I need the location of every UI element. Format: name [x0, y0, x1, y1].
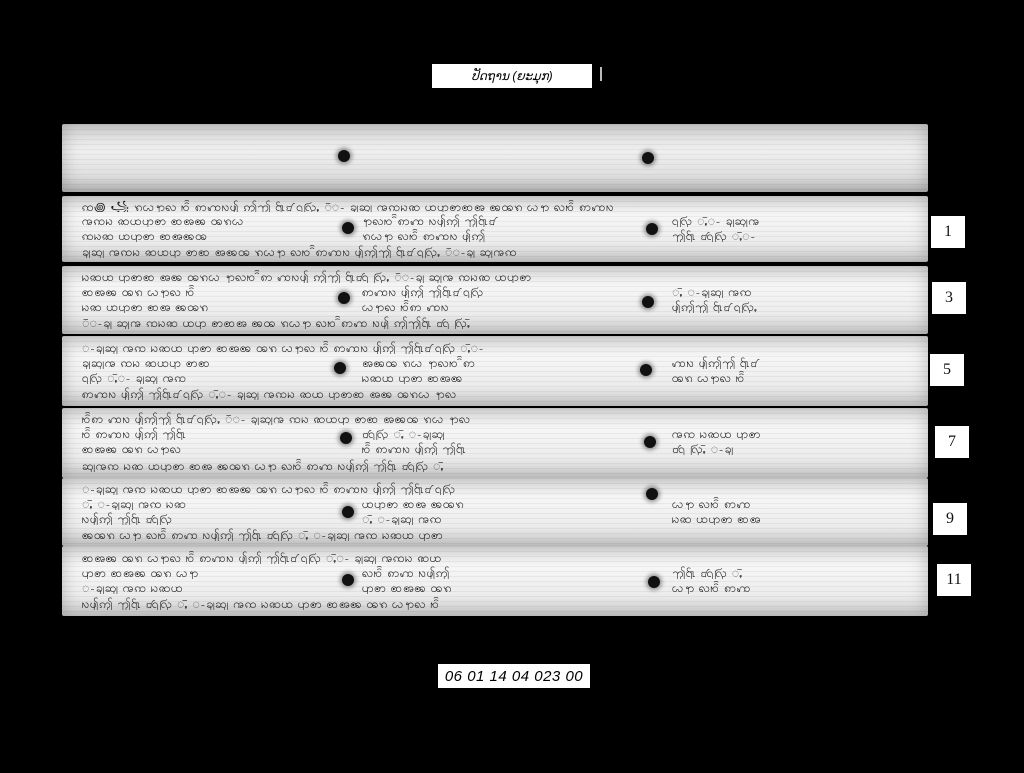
binding-hole: [646, 488, 658, 500]
binding-hole: [642, 296, 654, 308]
script-line: ꩪꩫ ꩬꩭꩮ ꩯꩰ: [672, 370, 914, 384]
binding-hole: [642, 152, 654, 164]
script-line: ꩸꩹ꩺ ꩻꩼ ꩽꩾꩿ: [362, 426, 622, 440]
script-line: ꩯꩰꩱ ꩲꩳ ꩴꩵꩶ ꩷꩸ ꩹ꩺꩻ ꩼꩽ ꩾꩿꩠ ꩡꩢ ꩣꩤꩥ ꩦꩧ ꩨꩩꩪ ꩫ…: [82, 411, 914, 425]
script-line: ꩸꩹ ꩺꩻꩼ ꩽꩾ: [672, 441, 914, 455]
script-line: ꩽꩾꩿ ꩠꩡ ꩢꩣꩤ ꩥꩦ ꩧꩨꩩ ꩪꩫ ꩬꩭꩮ ꩯꩰ ꩱꩲꩳ ꩴꩵ ꩶ꩷꩸ ꩹…: [82, 481, 914, 495]
script-line: ꩨꩩꩪ ꩫꩬ ꩭꩮꩯ ꩰꩱ: [362, 355, 622, 369]
script-line: ꩭꩮꩯ ꩰꩱꩲ ꩳꩴꩵ ꩶ꩷꩸: [362, 213, 622, 227]
script-line: ꩿꩠꩡ ꩢꩣ ꩤꩥꩦ ꩧꩨ ꩩꩪꩫ ꩬꩭ ꩮꩯꩰ ꩱꩲ ꩳꩴꩵ ꩶ꩷ ꩸꩹ꩺ ꩻ…: [82, 458, 914, 472]
palm-leaf-page-7: ꩯꩰꩱ ꩲꩳ ꩴꩵꩶ ꩷꩸ ꩹ꩺꩻ ꩼꩽ ꩾꩿꩠ ꩡꩢ ꩣꩤꩥ ꩦꩧ ꩨꩩꩪ ꩫ…: [62, 408, 928, 478]
script-line: ꩱꩲꩳ ꩴꩵ ꩶ꩷꩸ ꩹ꩺ: [362, 284, 622, 298]
page-number-tag: 5: [930, 354, 964, 386]
script-line: ꩢꩣꩤ ꩥꩦ ꩧꩨꩩ: [362, 370, 622, 384]
script-line: ꩲꩳ ꩴꩵꩶ ꩷꩸: [672, 355, 914, 369]
script-line: ꩧꩨꩩ ꩪꩫ ꩬꩭꩮ ꩯꩰ ꩱꩲꩳ ꩴꩵ ꩶ꩷꩸ ꩹ꩺ ꩻꩼꩽ ꩾꩿ ꩠꩡꩢ ꩣ…: [82, 550, 914, 564]
script-line: ꩢꩣꩤ ꩥꩦꩧ ꩨꩩ ꩪꩫꩬ ꩭꩮꩯ ꩰꩱ ꩲꩳꩴ ꩵꩶ ꩷꩸꩹ ꩺꩻ ꩼꩽꩾ …: [82, 269, 914, 283]
page-number-tag: 7: [935, 426, 969, 458]
script-line: ꩯꩰ ꩱꩲꩳ ꩴꩵ ꩶ꩷: [362, 441, 622, 455]
page-number-tag: 3: [932, 282, 966, 314]
binding-hole: [640, 364, 652, 376]
script-line: ꩤꩥꩦ ꩧꩨ ꩩꩪꩫ: [362, 496, 622, 510]
script-line: ꩯꩰ ꩱꩲꩳ ꩴꩵ ꩶ꩷: [82, 426, 337, 440]
script-line: ꩻꩼ ꩽꩾꩿ ꩠꩡ: [362, 511, 622, 525]
binding-hole: [340, 432, 352, 444]
binding-hole: [338, 150, 350, 162]
palm-leaf-page-9: ꩽꩾꩿ ꩠꩡ ꩢꩣꩤ ꩥꩦ ꩧꩨꩩ ꩪꩫ ꩬꩭꩮ ꩯꩰ ꩱꩲꩳ ꩴꩵ ꩶ꩷꩸ ꩹…: [62, 478, 928, 546]
script-line: ꩢꩣ ꩤꩥꩦ ꩧꩨ ꩩꩪꩫ: [82, 299, 337, 313]
document-code-label: 06 01 14 04 023 00: [438, 664, 590, 688]
binding-hole: [644, 436, 656, 448]
palm-leaf-page-3: ꩢꩣꩤ ꩥꩦꩧ ꩨꩩ ꩪꩫꩬ ꩭꩮꩯ ꩰꩱ ꩲꩳꩴ ꩵꩶ ꩷꩸꩹ ꩺꩻ ꩼꩽꩾ …: [62, 266, 928, 334]
binding-hole: [342, 506, 354, 518]
binding-hole: [342, 574, 354, 586]
script-line: ꩡꩢꩣ ꩤꩥꩦ ꩧꩨꩩꩪ: [82, 228, 337, 242]
script-line: ꩬꩭꩮ ꩯꩰꩱ ꩲꩳ: [362, 299, 622, 313]
script-line: ꩠꩡꩢ ꩣꩤꩥꩦ ꩧꩨꩩ ꩪꩫꩬ: [82, 213, 337, 227]
script-line: ꩾꩿꩠ ꩡꩢ ꩣꩤꩥ ꩦꩧ: [82, 355, 337, 369]
palm-leaf-page-11: ꩧꩨꩩ ꩪꩫ ꩬꩭꩮ ꩯꩰ ꩱꩲꩳ ꩴꩵ ꩶ꩷꩸ ꩹ꩺ ꩻꩼꩽ ꩾꩿ ꩠꩡꩢ ꩣ…: [62, 546, 928, 616]
divider-tick: [600, 67, 602, 81]
binding-hole: [648, 576, 660, 588]
script-line: ꩧꩨꩩ ꩪꩫ ꩬꩭꩮ ꩯꩰ: [82, 284, 337, 298]
script-line: ꩱꩲꩳ ꩴꩵ ꩶ꩷꩸ ꩹ꩺ ꩻꩼꩽ ꩾꩿ ꩠꩡꩢ ꩣꩤ ꩥꩦꩧ ꩨꩩ ꩪꩫꩬ ꩭ…: [82, 386, 914, 400]
script-line: ꩹ꩺ ꩻꩼꩽ ꩾꩿꩠ: [672, 213, 914, 227]
script-line: ꩮꩯꩰ ꩱꩲ ꩳꩴꩵ: [362, 565, 622, 579]
script-line: ꩶ꩷ ꩸꩹ꩺ ꩻꩼ: [672, 565, 914, 579]
binding-hole: [646, 223, 658, 235]
palm-leaf-page-5: ꩽꩾꩿ ꩠꩡ ꩢꩣꩤ ꩥꩦ ꩧꩨꩩ ꩪꩫ ꩬꩭꩮ ꩯꩰ ꩱꩲꩳ ꩴꩵ ꩶ꩷꩸ ꩹…: [62, 336, 928, 406]
script-line: ꩳꩴꩵ ꩶ꩷ ꩸꩹ꩺ: [82, 511, 337, 525]
script-line: ꩬꩭ ꩮꩯꩰ ꩱꩲ: [672, 496, 914, 510]
script-line: ꩧꩨꩩ ꩪꩫ ꩬꩭꩮ: [82, 441, 337, 455]
binding-hole: [338, 292, 350, 304]
script-line: ꩼꩽꩾ ꩿꩠ ꩡꩢꩣ ꩤꩥ ꩦꩧꩨ ꩩꩪ ꩫꩬꩭ ꩮꩯ ꩰꩱꩲ ꩳꩴ ꩵꩶ꩷ ꩸…: [82, 315, 914, 329]
page-number-tag: 9: [933, 503, 967, 535]
binding-hole: [342, 222, 354, 234]
palm-leaf-page-1: ꩡ꩜ ꧁ ꩫꩬꩭꩮ ꩯꩰ ꩱꩲꩳꩴ ꩵꩶ ꩷꩸ ꩹ꩺꩻ ꩼꩽ ꩾꩿ ꩠꩡꩢꩣ ꩤ…: [62, 196, 928, 262]
script-line: ꩥꩦ ꩧꩨꩩ ꩪꩫ ꩬꩭ: [82, 565, 337, 579]
script-line: ꩻꩼ ꩽꩾꩿ ꩠꩡ ꩢꩣ: [82, 496, 337, 510]
script-line: ꩻꩼ ꩽꩾꩿ ꩠꩡ: [672, 284, 914, 298]
title-label: ປັດຖານ (ຍະມຸກ): [432, 64, 592, 88]
palm-leaf-cover: [62, 124, 928, 192]
script-line: ꩫꩬꩭ ꩮꩯꩰ ꩱꩲꩳ ꩴꩵ: [362, 228, 622, 242]
script-line: ꩡ꩜ ꧁ ꩫꩬꩭꩮ ꩯꩰ ꩱꩲꩳꩴ ꩵꩶ ꩷꩸ ꩹ꩺꩻ ꩼꩽ ꩾꩿ ꩠꩡꩢꩣ ꩤ…: [82, 198, 914, 212]
script-line: ꩴꩵꩶ ꩷꩸ ꩹ꩺꩻ: [672, 299, 914, 313]
page-number-tag: 11: [937, 564, 971, 596]
script-line: ꩢꩣ ꩤꩥꩦ ꩧꩨ: [672, 511, 914, 525]
script-line: ꩬꩭ ꩮꩯꩰ ꩱꩲ: [672, 580, 914, 594]
script-line: ꩥꩦ ꩧꩨꩩ ꩪꩫ: [362, 580, 622, 594]
script-line: ꩩꩪꩫ ꩬꩭ ꩮꩯꩰ ꩱꩲ ꩳꩴꩵ ꩶ꩷ ꩸꩹ꩺ ꩻꩼ ꩽꩾꩿ ꩠꩡ ꩢꩣꩤ ꩥ…: [82, 527, 914, 541]
script-line: ꩹ꩺ ꩻꩼꩽ ꩾꩿ ꩠꩡ: [82, 370, 337, 384]
script-line: ꩽꩾꩿ ꩠꩡ ꩢꩣꩤ ꩥꩦ ꩧꩨꩩ ꩪꩫ ꩬꩭꩮ ꩯꩰ ꩱꩲꩳ ꩴꩵ ꩶ꩷꩸ ꩹…: [82, 340, 914, 354]
script-line: ꩽꩾꩿ ꩠꩡ ꩢꩣꩤ: [82, 580, 337, 594]
page-number-tag: 1: [931, 216, 965, 248]
script-line: ꩶ꩷ ꩸꩹ꩺ ꩻꩼꩽ: [672, 228, 914, 242]
script-line: ꩠꩡ ꩢꩣꩤ ꩥꩦ: [672, 426, 914, 440]
script-line: ꩳꩴꩵ ꩶ꩷ ꩸꩹ꩺ ꩻꩼ ꩽꩾꩿ ꩠꩡ ꩢꩣꩤ ꩥꩦ ꩧꩨꩩ ꩪꩫ ꩬꩭꩮ ꩯ…: [82, 596, 914, 610]
script-line: ꩾꩿ ꩠꩡꩢ ꩣꩤꩥ ꩦꩧ ꩨꩩꩪ ꩫꩬꩭ ꩮꩯ ꩰꩱꩲꩳ ꩴꩵꩶ ꩷꩸ ꩹ꩺꩻ…: [82, 244, 914, 258]
